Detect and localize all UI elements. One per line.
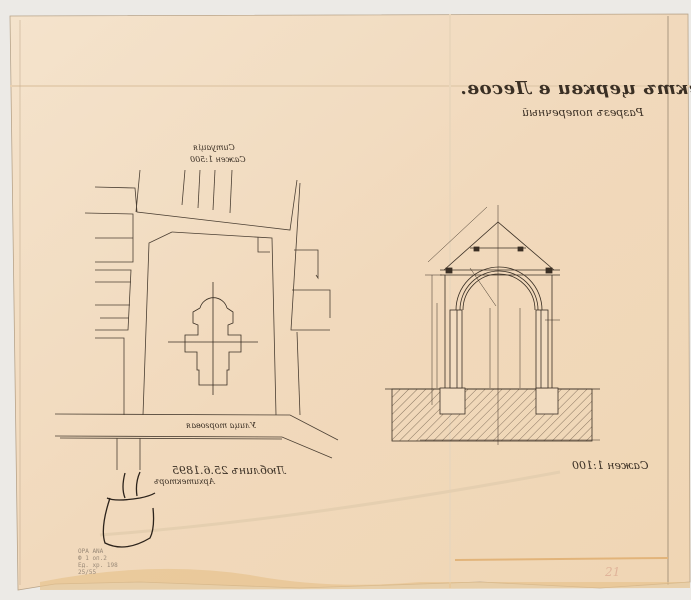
stamp-line: Ф 1 оп.2 [78, 555, 118, 562]
stamp-line: 25/55 [78, 569, 118, 576]
archive-stamp: OPA ANA Ф 1 оп.2 Ед. хр. 198 25/55 [78, 548, 118, 576]
sheet-number: 21 [605, 565, 620, 579]
drawing-title: Проектъ церкви в Лесов. [460, 78, 691, 99]
stamp-line: OPA ANA [78, 548, 118, 555]
stamp-line: Ед. хр. 198 [78, 562, 118, 569]
date-label: Люблинъ 25.6.1895 [172, 464, 286, 477]
site-plan-label: Ситуація [193, 143, 235, 152]
drawing-sheet: Проектъ церкви в Лесов. Разрезъ поперечн… [0, 0, 691, 600]
site-plan-scale: Сажен 1:500 [190, 155, 246, 164]
street-label: Улица торговая [186, 421, 256, 430]
drawing-subtitle: Разрезъ поперечный [522, 106, 643, 119]
section-scale: Сажен 1:100 [572, 459, 648, 472]
signature-mark [95, 468, 165, 553]
